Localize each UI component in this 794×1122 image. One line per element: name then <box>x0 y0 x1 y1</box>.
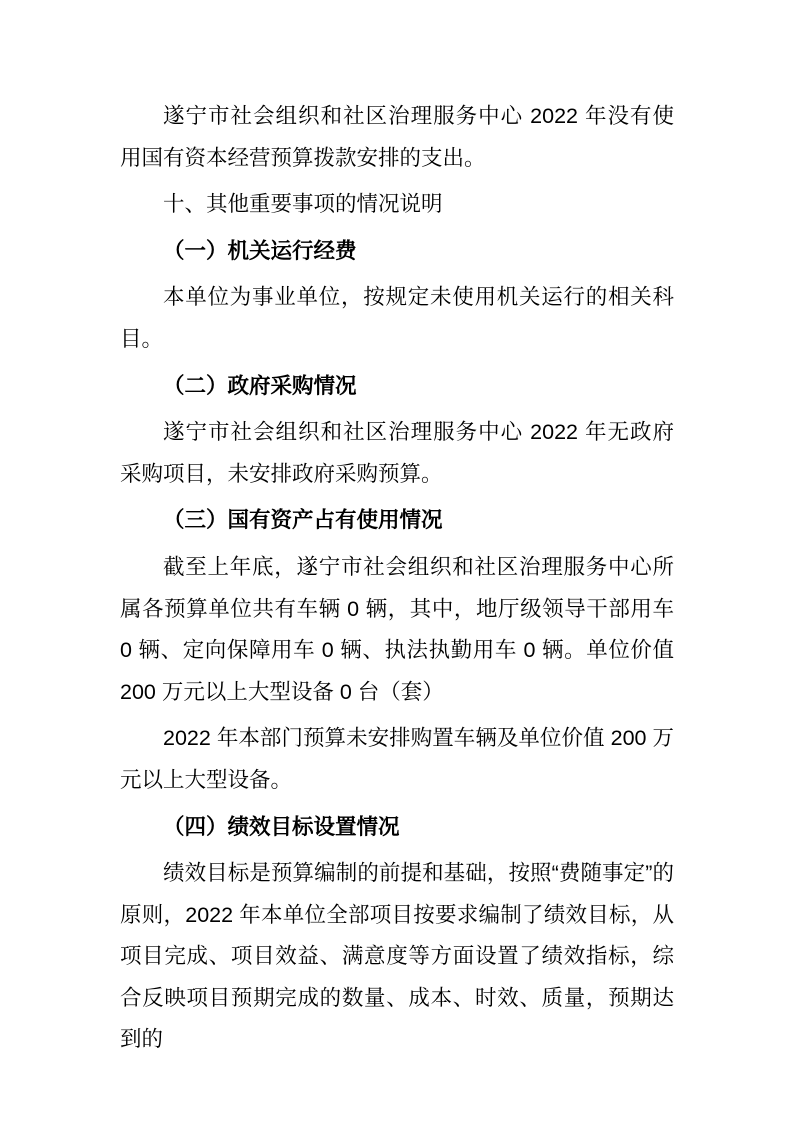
paragraph-government-procurement: 遂宁市社会组织和社区治理服务中心 2022 年无政府采购项目，未安排政府采购预算… <box>120 412 674 495</box>
heading-agency-operating-funds: （一）机关运行经费 <box>120 231 674 273</box>
paragraph-state-capital-budget: 遂宁市社会组织和社区治理服务中心 2022 年没有使用国有资本经营预算拨款安排的… <box>120 96 674 179</box>
heading-state-owned-assets: （三）国有资产占有使用情况 <box>120 500 674 542</box>
paragraph-2022-no-vehicle-purchase: 2022 年本部门预算未安排购置车辆及单位价值 200 万元以上大型设备。 <box>120 718 674 801</box>
paragraph-state-owned-assets-vehicles: 截至上年底，遂宁市社会组织和社区治理服务中心所属各预算单位共有车辆 0 辆，其中… <box>120 547 674 713</box>
paragraph-agency-operating-funds: 本单位为事业单位，按规定未使用机关运行的相关科目。 <box>120 277 674 360</box>
heading-government-procurement: （二）政府采购情况 <box>120 366 674 408</box>
section-title-other-important-matters: 十、其他重要事项的情况说明 <box>120 184 674 226</box>
document-page: 遂宁市社会组织和社区治理服务中心 2022 年没有使用国有资本经营预算拨款安排的… <box>0 0 794 1122</box>
paragraph-performance-targets: 绩效目标是预算编制的前提和基础，按照“费随事定”的原则，2022 年本单位全部项… <box>120 853 674 1061</box>
heading-performance-targets: （四）绩效目标设置情况 <box>120 807 674 849</box>
